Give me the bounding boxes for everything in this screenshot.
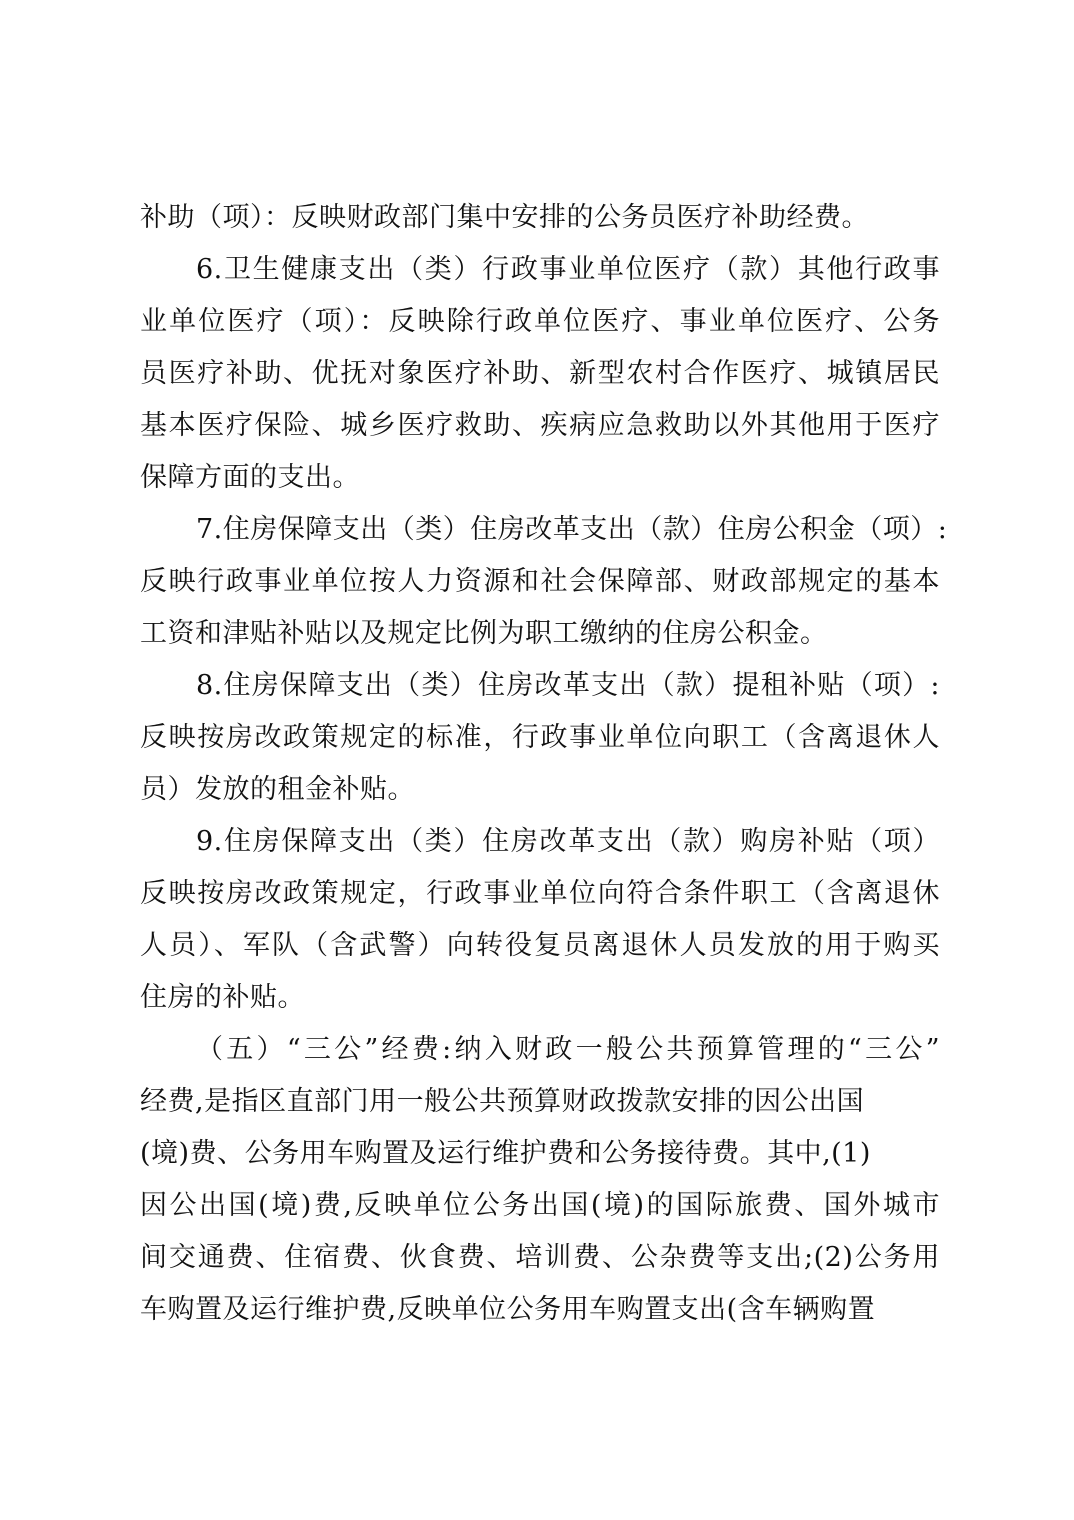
text-line: 基本医疗保险、城乡医疗救助、疾病应急救助以外其他用于医疗 <box>140 406 940 446</box>
text-line: 业单位医疗（项）：反映除行政单位医疗、事业单位医疗、公务 <box>140 302 940 342</box>
text-line: 间交通费、住宿费、伙食费、培训费、公杂费等支出;(2)公务用 <box>140 1238 940 1278</box>
text-line: 员）发放的租金补贴。 <box>140 770 940 810</box>
text-line: 工资和津贴补贴以及规定比例为职工缴纳的住房公积金。 <box>140 614 940 654</box>
text-line: 经费,是指区直部门用一般公共预算财政拨款安排的因公出国 <box>140 1082 940 1122</box>
text-line: 员医疗补助、优抚对象医疗补助、新型农村合作医疗、城镇居民 <box>140 354 940 394</box>
text-line: 车购置及运行维护费,反映单位公务用车购置支出(含车辆购置 <box>140 1290 940 1330</box>
text-line: 反映行政事业单位按人力资源和社会保障部、财政部规定的基本 <box>140 562 940 602</box>
text-line: 反映按房改政策规定的标准，行政事业单位向职工（含离退休人 <box>140 718 940 758</box>
text-line: 8.住房保障支出（类）住房改革支出（款）提租补贴（项）: <box>196 666 940 706</box>
text-line: 住房的补贴。 <box>140 978 940 1018</box>
text-line: (境)费、公务用车购置及运行维护费和公务接待费。其中,(1) <box>140 1134 940 1174</box>
text-line: 7.住房保障支出（类）住房改革支出（款）住房公积金（项）: <box>196 510 940 550</box>
text-line: 9.住房保障支出（类）住房改革支出（款）购房补贴（项） <box>196 822 940 862</box>
text-line: 因公出国(境)费,反映单位公务出国(境)的国际旅费、国外城市 <box>140 1186 940 1226</box>
text-line: 6.卫生健康支出（类）行政事业单位医疗（款）其他行政事 <box>196 250 940 290</box>
text-line: 人员）、军队（含武警）向转役复员离退休人员发放的用于购买 <box>140 926 940 966</box>
document-page: 补助（项）：反映财政部门集中安排的公务员医疗补助经费。6.卫生健康支出（类）行政… <box>0 0 1074 1520</box>
text-line: （五）“三公”经费:纳入财政一般公共预算管理的“三公” <box>196 1030 940 1070</box>
text-line: 反映按房改政策规定，行政事业单位向符合条件职工（含离退休 <box>140 874 940 914</box>
text-line: 补助（项）：反映财政部门集中安排的公务员医疗补助经费。 <box>140 198 940 238</box>
text-line: 保障方面的支出。 <box>140 458 940 498</box>
